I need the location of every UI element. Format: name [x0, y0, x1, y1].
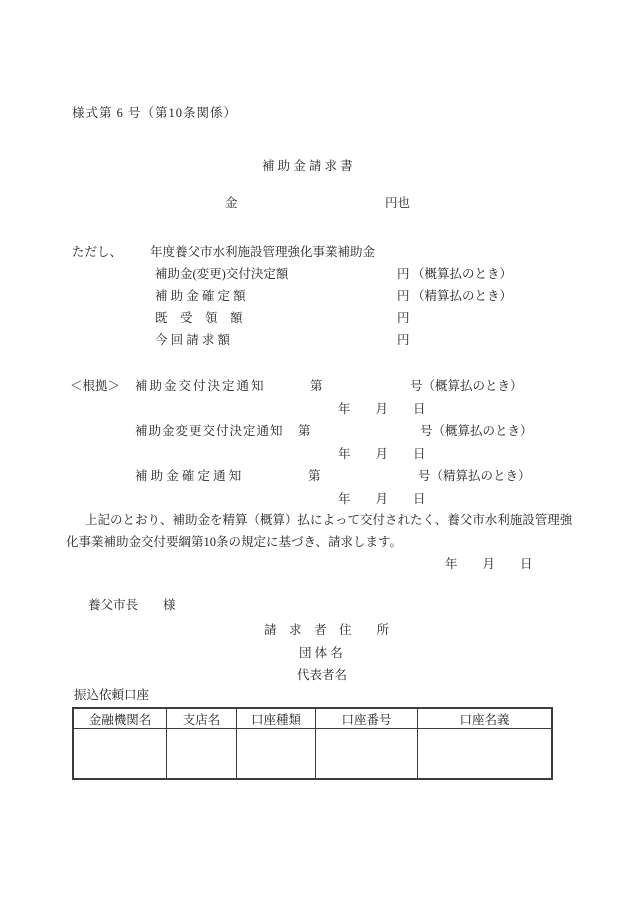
grounds-row-1-date: 年 月 日 [338, 402, 426, 417]
grounds-row-2-number-prefix: 第 [298, 424, 311, 439]
closing-paragraph-line-2: 化事業補助金交付要綱第10条の規定に基づき、請求します。 [66, 535, 402, 550]
requester-address-label: 請 求 者 住 所 [264, 623, 389, 638]
fixed-amount-note: （精算払のとき） [412, 289, 512, 304]
addressee: 養父市長 様 [88, 598, 176, 613]
decision-amount-label: 補助金(変更)交付決定額 [155, 267, 288, 282]
column-header-account-holder: 口座名義 [418, 709, 551, 729]
grounds-row-2-date: 年 月 日 [338, 447, 426, 462]
closing-paragraph-line-1: 上記のとおり、補助金を精算（概算）払によって交付されたく、養父市水利施設管理強 [85, 513, 572, 528]
column-header-bank-name: 金融機関名 [74, 709, 167, 729]
received-amount-label: 既 受 領 額 [155, 311, 243, 326]
fixed-amount-unit: 円 [397, 289, 410, 304]
claim-amount-label: 今 回 請 求 額 [155, 333, 230, 348]
cell-account-number [316, 729, 418, 778]
grounds-row-3-date: 年 月 日 [338, 492, 426, 507]
grounds-row-2-number-suffix: 号（概算払のとき） [420, 424, 533, 439]
grounds-row-3-number-suffix: 号（精算払のとき） [418, 469, 531, 484]
grounds-row-1-number-suffix: 号（概算払のとき） [410, 379, 523, 394]
decision-amount-unit: 円 [397, 267, 410, 282]
claim-amount-unit: 円 [397, 333, 410, 348]
received-amount-unit: 円 [397, 311, 410, 326]
cell-account-holder [418, 729, 551, 778]
requester-representative-label: 代表者名 [297, 668, 347, 683]
proviso-label: ただし、 [72, 245, 122, 260]
cell-bank-name [74, 729, 167, 778]
cell-branch-name [167, 729, 237, 778]
grounds-row-3-number-prefix: 第 [308, 469, 321, 484]
closing-date: 年 月 日 [445, 557, 533, 572]
column-header-account-type: 口座種類 [237, 709, 316, 729]
grounds-row-3-name: 補 助 金 確 定 通 知 [135, 469, 241, 484]
cell-account-type [237, 729, 316, 778]
amount-prefix: 金 [225, 196, 238, 211]
fixed-amount-label: 補 助 金 確 定 額 [155, 289, 246, 304]
column-header-branch-name: 支店名 [167, 709, 237, 729]
grounds-row-2-name: 補助金変更交付決定通知 [135, 424, 284, 439]
decision-amount-note: （概算払のとき） [412, 267, 512, 282]
column-header-account-number: 口座番号 [316, 709, 418, 729]
grounds-row-1-name: 補助金交付決定通知 [135, 379, 266, 394]
subsidy-request-form-page: 様式第 6 号（第10条関係） 補 助 金 請 求 書 金 円也 ただし、 年度… [0, 0, 630, 903]
grounds-label: ＜根拠＞ [70, 379, 120, 394]
form-number: 様式第 6 号（第10条関係） [72, 106, 237, 121]
requester-org-label: 団 体 名 [299, 646, 343, 661]
amount-unit: 円也 [385, 196, 410, 211]
grounds-row-1-number-prefix: 第 [310, 379, 323, 394]
document-title: 補 助 金 請 求 書 [262, 159, 353, 174]
subsidy-name: 年度養父市水利施設管理強化事業補助金 [150, 245, 375, 260]
transfer-account-table: 金融機関名 支店名 口座種類 口座番号 口座名義 [72, 707, 553, 780]
transfer-account-caption: 振込依頼口座 [74, 688, 149, 703]
